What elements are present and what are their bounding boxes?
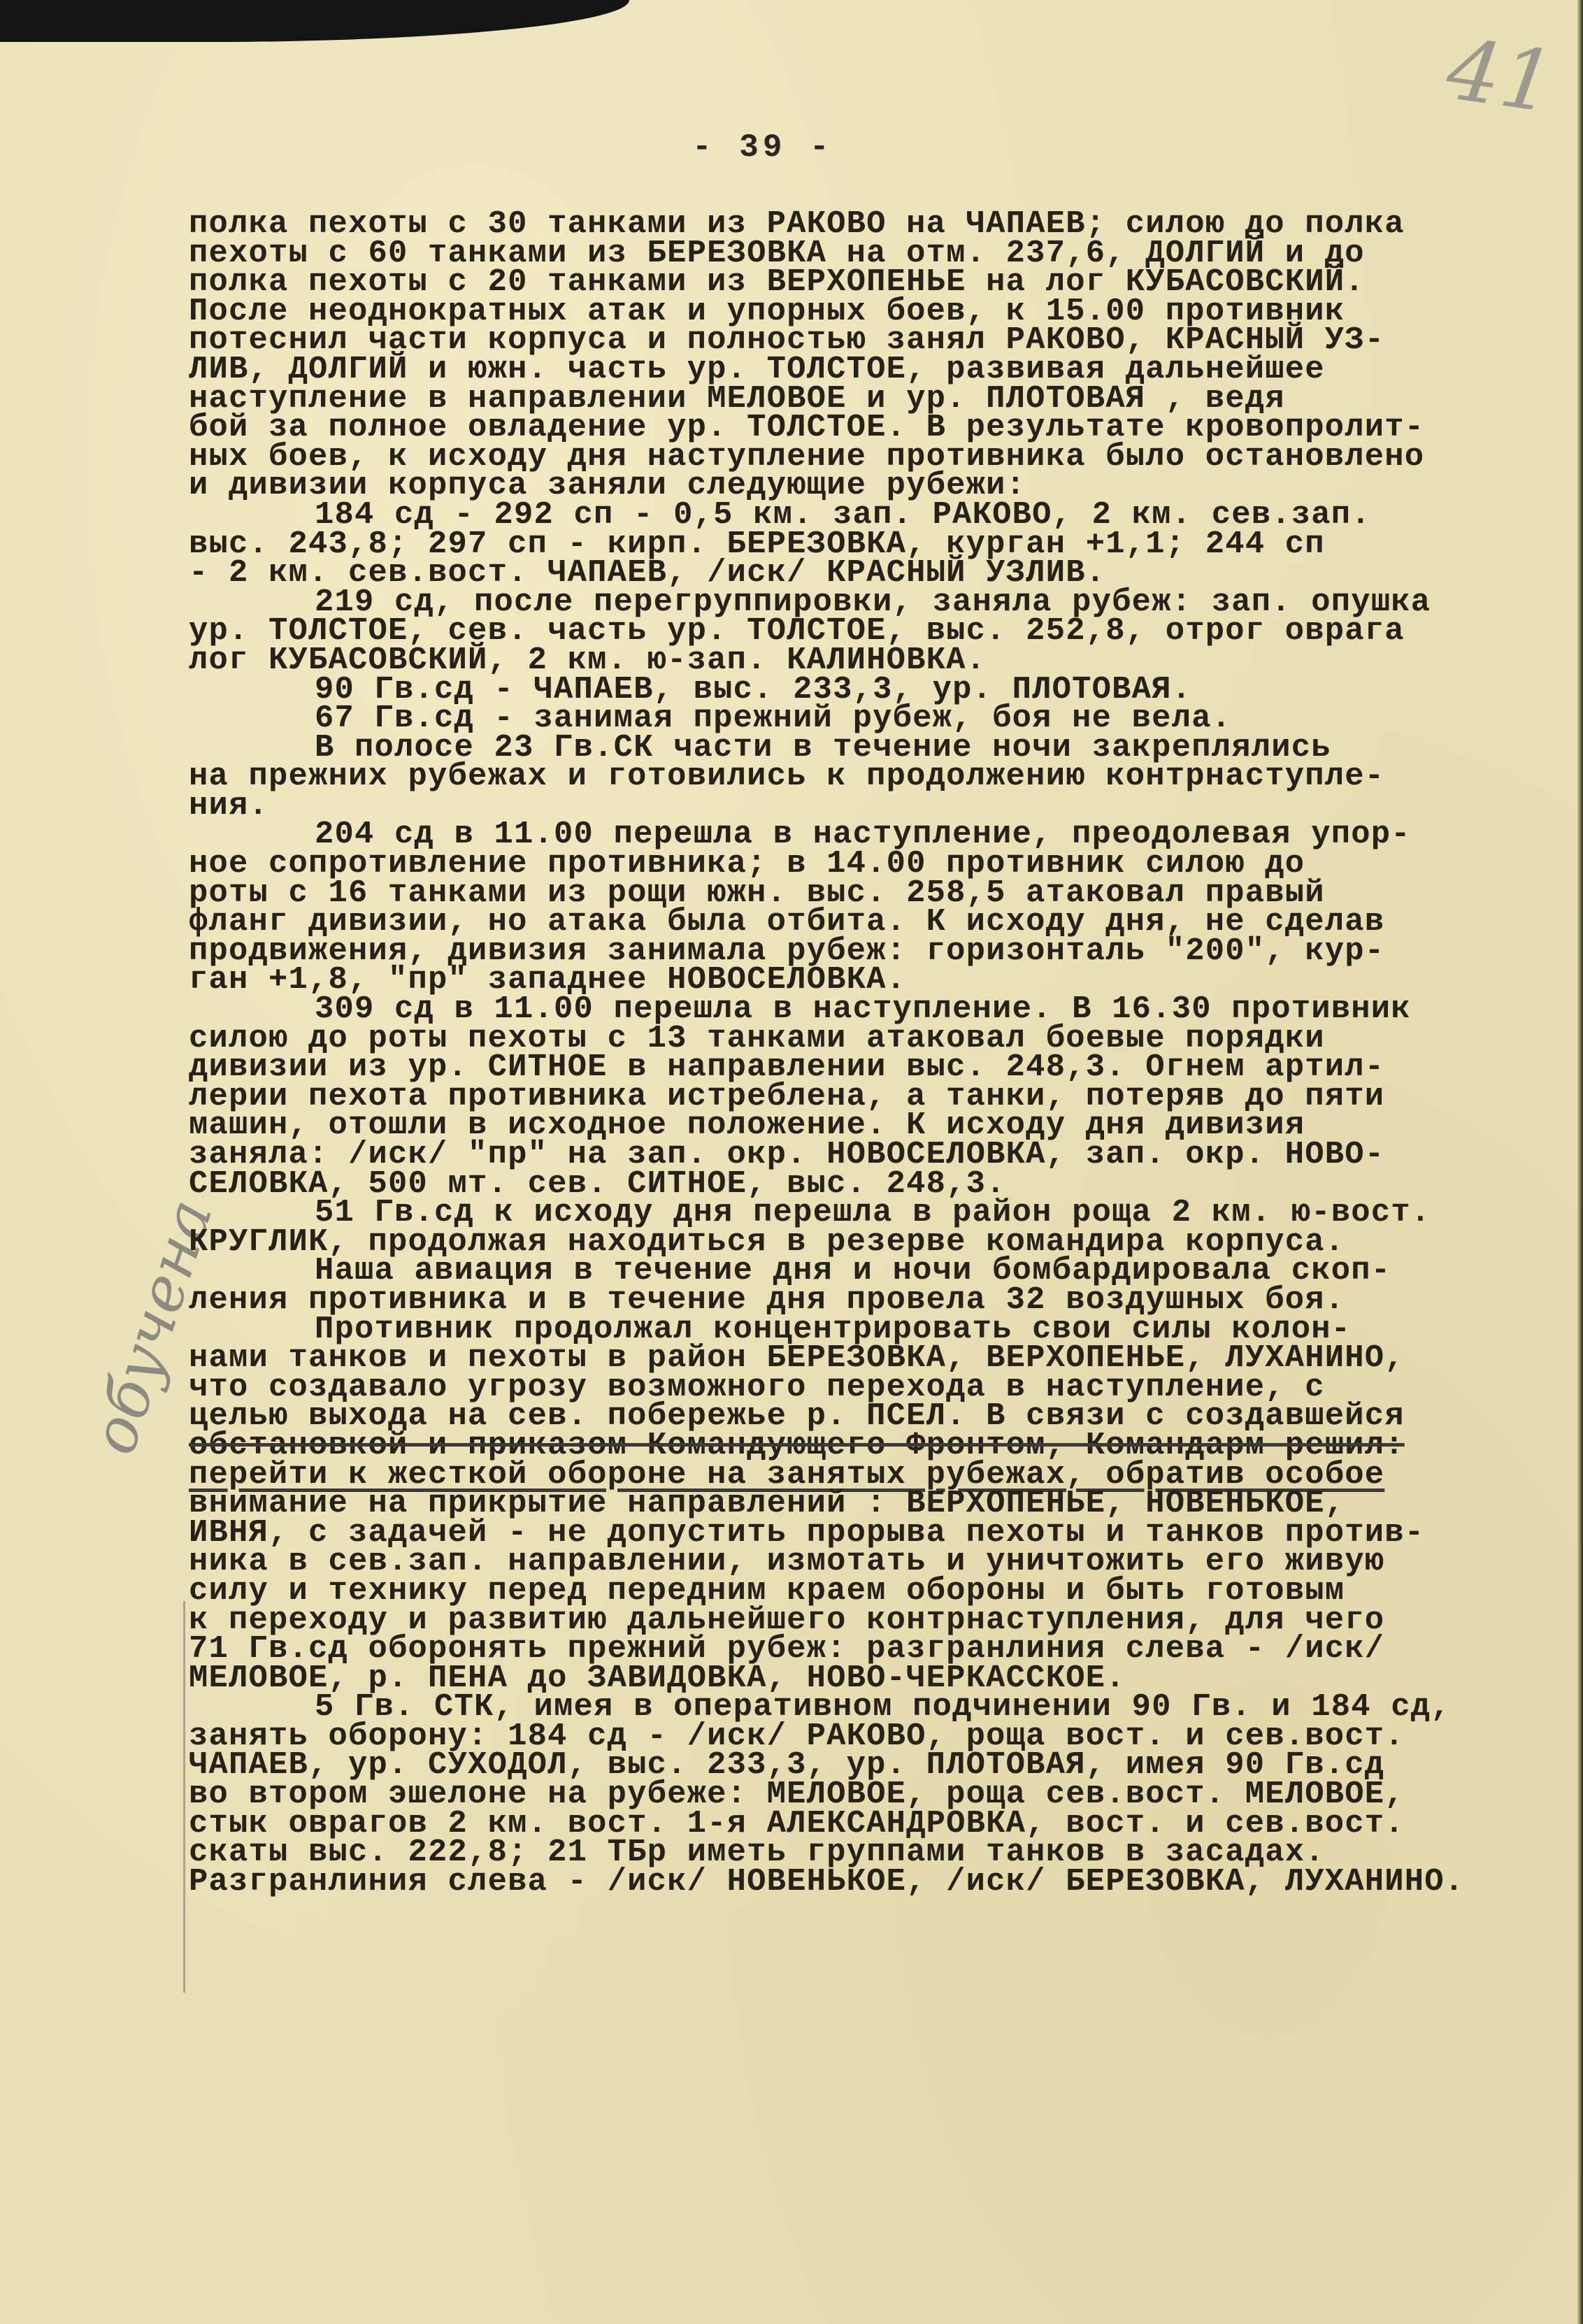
text-line: на прежних рубежах и готовились к продол…	[189, 762, 1531, 791]
scan-edge-right	[1577, 0, 1583, 2324]
text-line-content: Разгранлиния слева - /иск/ НОВЕНЬКОЕ, /и…	[189, 1863, 1464, 1900]
text-line-content: на прежних рубежах и готовились к продол…	[189, 758, 1384, 794]
text-line-content: ния.	[189, 787, 268, 824]
page-number: - 39 -	[692, 129, 833, 166]
handwritten-folio-number: 41	[1441, 21, 1561, 132]
margin-pencil-line	[183, 1601, 185, 1993]
text-line: Разгранлиния слева - /иск/ НОВЕНЬКОЕ, /и…	[189, 1867, 1531, 1897]
typewritten-body: полка пехоты с 30 танками из РАКОВО на Ч…	[189, 210, 1531, 1896]
